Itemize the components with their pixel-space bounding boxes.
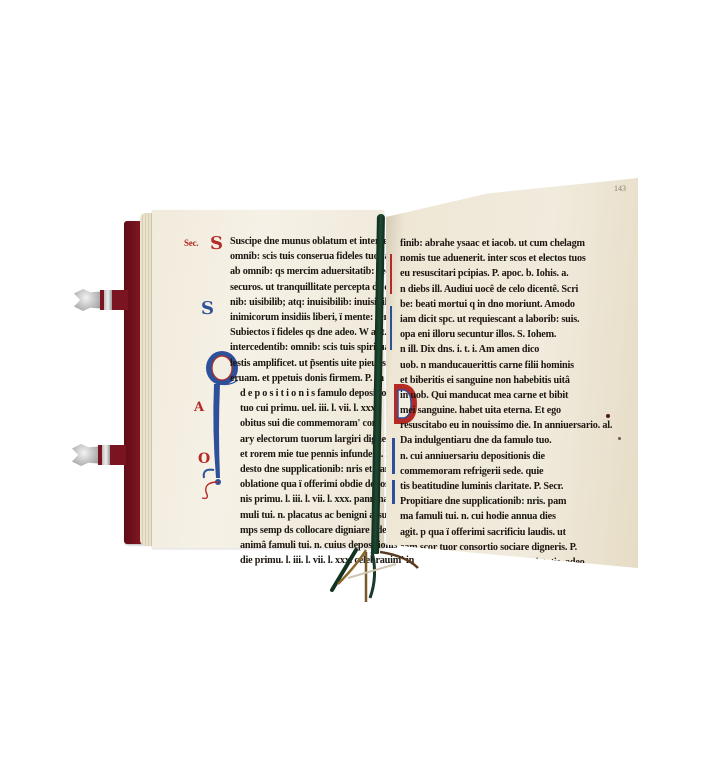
- text-line: Inclina dne pcib: nris aurel tue pietati…: [400, 555, 612, 570]
- margin-initial-a: A: [194, 400, 204, 415]
- text-line: eu resuscitari pcipias. P. apoc. b. Iohi…: [400, 266, 612, 281]
- text-line: nomis tue aduenerit. inter scos et elect…: [400, 251, 612, 266]
- text-line: finib: abrahe ysaac et iacob. ut cum che…: [400, 236, 612, 251]
- text-line: Propitiare dne supplicationib: nris. pam: [400, 494, 612, 509]
- text-line: agit. p qua ï offerimi sacrificiu laudis…: [400, 525, 612, 540]
- left-page: Sec. S S A O Suscipe dne munus oblatum e…: [152, 210, 384, 548]
- text-line: resuscitabo eu in nouissimo die. In anni…: [400, 418, 612, 433]
- initial-s-blue: S: [201, 298, 214, 319]
- folio-number: 143: [614, 184, 626, 193]
- text-line: commemoram refrigerii sede. quie: [400, 464, 612, 479]
- text-line: ma famuli tui. n. cui hodie annua dies: [400, 509, 612, 524]
- text-line: Da indulgentiaru dne da famulo tuo.: [400, 433, 612, 448]
- right-page-text: finib: abrahe ysaac et iacob. ut cum che…: [400, 236, 612, 570]
- initial-s-red: S: [210, 233, 223, 254]
- lower-clasp: [72, 442, 126, 468]
- text-line: mei sanguine. habet uita eterna. Et ego: [400, 403, 612, 418]
- text-line: n. cui anniuersariu depositionis die: [400, 449, 612, 464]
- text-line: et biberitis ei sanguine non habebitis u…: [400, 373, 612, 388]
- text-line: eam scor tuor consortio sociare digneris…: [400, 540, 612, 555]
- bookmark-tassels: [326, 546, 426, 606]
- marginal-penwork-initials: [388, 252, 396, 362]
- upper-clasp: [74, 287, 128, 313]
- text-line: be: beati mortui q in dno moriunt. Amodo: [400, 297, 612, 312]
- text-line: opa eni illoru secuntur illos. S. Iohem.: [400, 327, 612, 342]
- ink-spot: [618, 437, 621, 440]
- ink-spot: [606, 414, 610, 418]
- initial-p-blue: [390, 438, 400, 508]
- text-line: iam dicit spc. ut requiescant a laborib:…: [400, 312, 612, 327]
- right-page: 143 finib: abrahe ysaac et iacob. ut cum…: [386, 178, 638, 568]
- text-line: n ill. Dix dns. i. t. i. Am amen dico: [400, 342, 612, 357]
- text-line: n diebs ill. Audiui uocê de celo dicentê…: [400, 282, 612, 297]
- margin-rubric-sec: Sec.: [184, 236, 198, 251]
- text-line: in uob. Qui manducat mea carne et bibit: [400, 388, 612, 403]
- text-line: tis beatitudine luminis claritate. P. Se…: [400, 479, 612, 494]
- margin-initial-o: O: [198, 451, 210, 467]
- text-line: uob. n manducauerittis carne filii homin…: [400, 358, 612, 373]
